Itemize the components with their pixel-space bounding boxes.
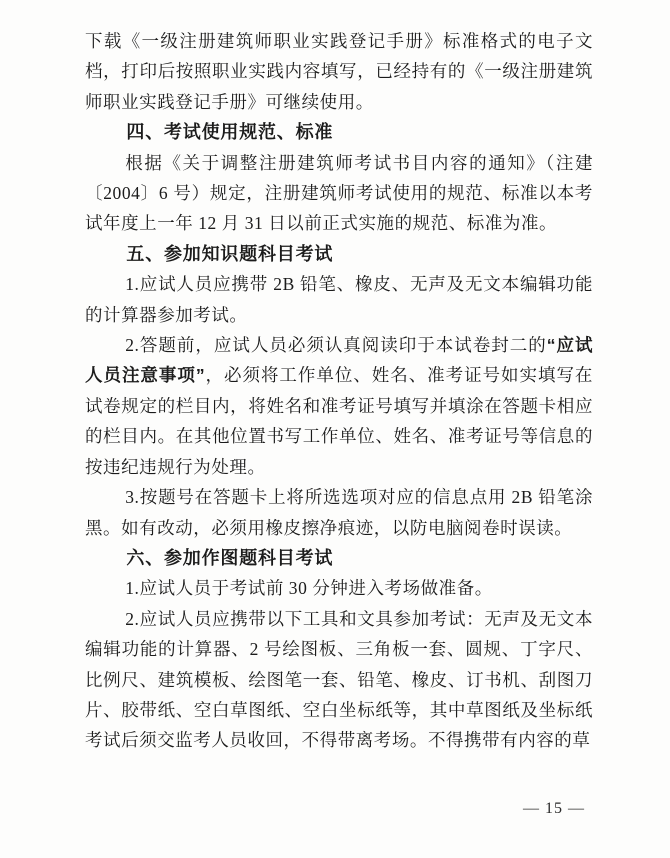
paragraph-section4: 根据《关于调整注册建筑师考试书目内容的通知》（注建〔2004〕6 号）规定，注册… xyxy=(85,148,593,239)
section-heading-5: 五、参加知识题科目考试 xyxy=(85,239,593,269)
paragraph-continuation: 下载《一级注册建筑师职业实践登记手册》标准格式的电子文档，打印后按照职业实践内容… xyxy=(85,26,593,117)
page-number: — 15 — xyxy=(523,800,585,818)
document-body: 下载《一级注册建筑师职业实践登记手册》标准格式的电子文档，打印后按照职业实践内容… xyxy=(85,26,593,756)
document-page: 下载《一级注册建筑师职业实践登记手册》标准格式的电子文档，打印后按照职业实践内容… xyxy=(0,0,670,858)
section-heading-4: 四、考试使用规范、标准 xyxy=(85,117,593,147)
paragraph-6-item1: 1.应试人员于考试前 30 分钟进入考场做准备。 xyxy=(85,573,593,603)
paragraph-6-item2: 2.应试人员应携带以下工具和文具参加考试：无声及无文本编辑功能的计算器、2 号绘… xyxy=(85,604,593,756)
paragraph-5-item2-pre: 2.答题前，应试人员必须认真阅读印于本试卷封二的 xyxy=(125,335,546,355)
section-heading-6: 六、参加作图题科目考试 xyxy=(85,543,593,573)
paragraph-5-item2: 2.答题前，应试人员必须认真阅读印于本试卷封二的“应试人员注意事项”，必须将工作… xyxy=(85,330,593,482)
paragraph-5-item1: 1.应试人员应携带 2B 铅笔、橡皮、无声及无文本编辑功能的计算器参加考试。 xyxy=(85,269,593,330)
paragraph-5-item3: 3.按题号在答题卡上将所选选项对应的信息点用 2B 铅笔涂黑。如有改动，必须用橡… xyxy=(85,482,593,543)
